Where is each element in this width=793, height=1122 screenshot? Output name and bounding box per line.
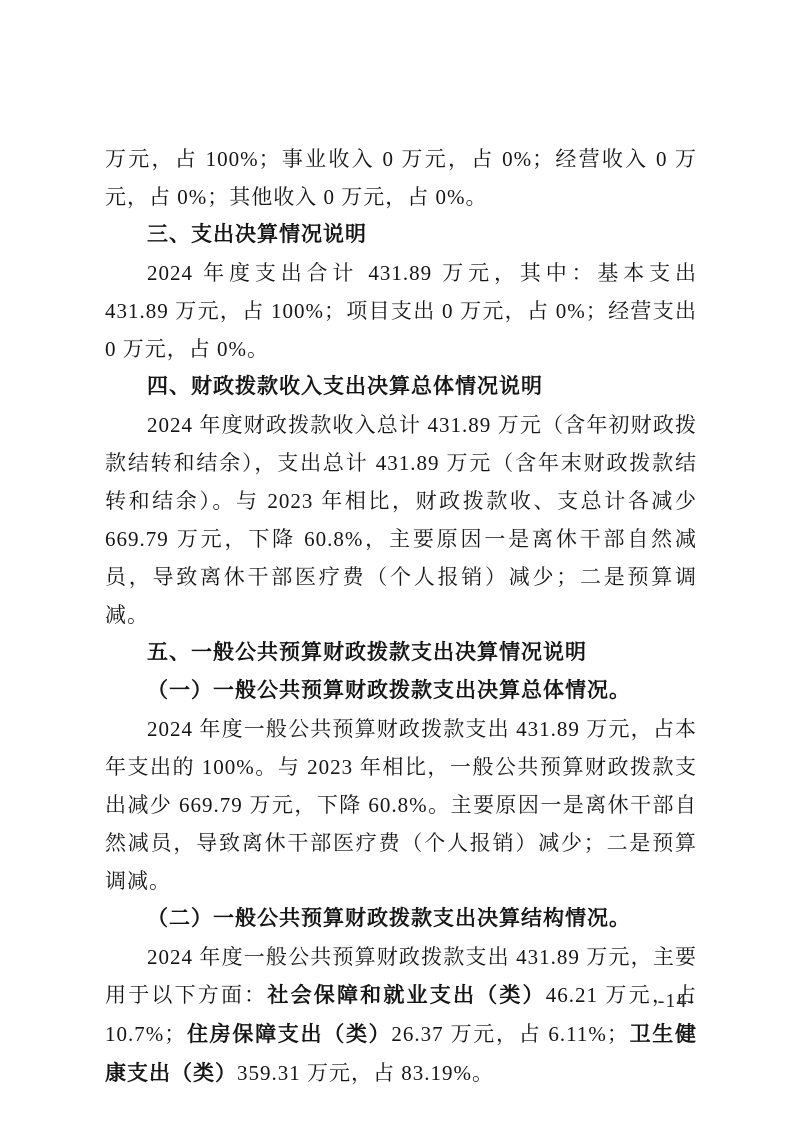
section5-heading: 五、一般公共预算财政拨款支出决算情况说明 — [105, 634, 697, 672]
housing-security-category-label: 住房保障支出（类） — [186, 1023, 391, 1046]
continuation-paragraph: 万元，占 100%；事业收入 0 万元，占 0%；经营收入 0 万元，占 0%；… — [105, 140, 697, 216]
section3-paragraph: 2024 年度支出合计 431.89 万元，其中：基本支出 431.89 万元，… — [105, 254, 697, 368]
health-category-value: 359.31 万元，占 83.19%。 — [237, 1061, 494, 1085]
housing-security-category-value: 26.37 万元，占 6.11%； — [391, 1022, 629, 1046]
section5-sub2-heading: （二）一般公共预算财政拨款支出决算结构情况。 — [105, 900, 697, 938]
section4-heading: 四、财政拨款收入支出决算总体情况说明 — [105, 368, 697, 406]
section4-paragraph: 2024 年度财政拨款收入总计 431.89 万元（含年初财政拨款结转和结余），… — [105, 406, 697, 634]
section3-heading: 三、支出决算情况说明 — [105, 216, 697, 254]
section5-sub1-paragraph: 2024 年度一般公共预算财政拨款支出 431.89 万元，占本年支出的 100… — [105, 710, 697, 900]
social-security-category-label: 社会保障和就业支出（类） — [267, 984, 545, 1007]
document-page: 万元，占 100%；事业收入 0 万元，占 0%；经营收入 0 万元，占 0%；… — [0, 0, 793, 1122]
section5-sub2-paragraph: 2024 年度一般公共预算财政拨款支出 431.89 万元，主要用于以下方面：社… — [105, 938, 697, 1093]
page-number: -14- — [658, 990, 695, 1013]
section5-sub1-heading: （一）一般公共预算财政拨款支出决算总体情况。 — [105, 672, 697, 710]
